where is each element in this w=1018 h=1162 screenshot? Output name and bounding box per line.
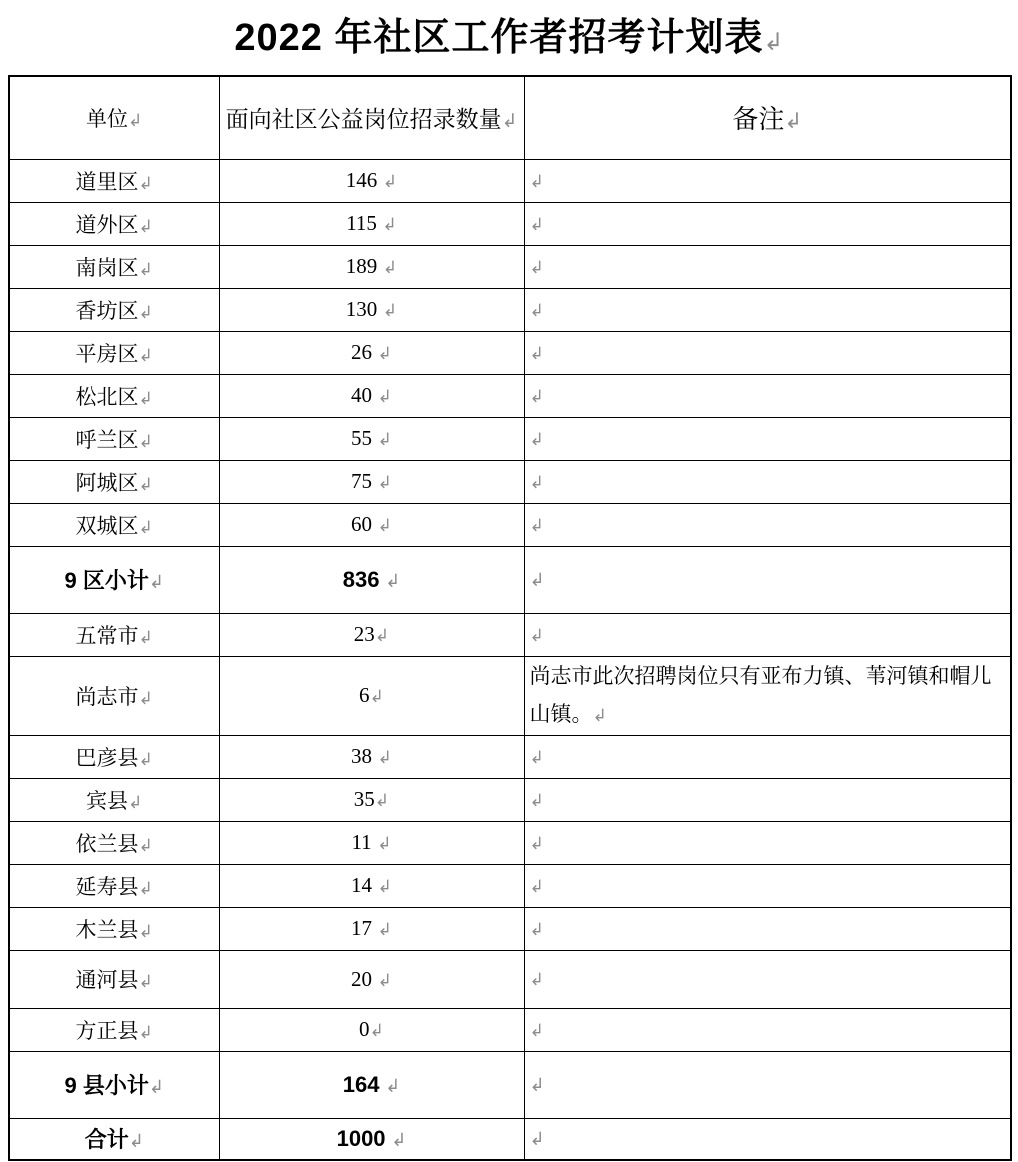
- paragraph-mark-icon: ↲: [372, 473, 392, 493]
- count-cell: 6↲: [219, 656, 524, 735]
- count-value: 38: [351, 744, 372, 768]
- table-row: 双城区↲60 ↲↲: [9, 503, 1011, 546]
- paragraph-mark-icon: ↲: [139, 432, 153, 452]
- paragraph-mark-icon: ↲: [372, 748, 392, 768]
- count-value: 35: [354, 787, 375, 811]
- table-row: 道里区↲146 ↲↲: [9, 159, 1011, 202]
- count-value: 26: [351, 340, 372, 364]
- count-value: 75: [351, 469, 372, 493]
- unit-cell: 9 区小计↲: [9, 546, 219, 613]
- header-cell-remark: 备注↲: [524, 76, 1011, 159]
- unit-label: 呼兰区: [76, 428, 139, 452]
- remark-cell: ↲: [524, 864, 1011, 907]
- count-value: 146: [346, 168, 378, 192]
- count-cell: 40 ↲: [219, 374, 524, 417]
- table-row: 9 县小计↲164 ↲↲: [9, 1051, 1011, 1118]
- count-cell: 75 ↲: [219, 460, 524, 503]
- count-cell: 60 ↲: [219, 503, 524, 546]
- paragraph-mark-icon: ↲: [379, 571, 400, 592]
- paragraph-mark-icon: ↲: [372, 834, 392, 854]
- count-value: 14: [351, 873, 372, 897]
- remark-cell: ↲: [524, 245, 1011, 288]
- unit-cell: 平房区↲: [9, 331, 219, 374]
- paragraph-mark-icon: ↲: [370, 1021, 384, 1041]
- count-cell: 164 ↲: [219, 1051, 524, 1118]
- count-cell: 115 ↲: [219, 202, 524, 245]
- remark-cell: ↲: [524, 202, 1011, 245]
- paragraph-mark-icon: ↲: [530, 920, 544, 940]
- document-page: 2022 年社区工作者招考计划表↲ 单位↲ 面向社区公益岗位招录数量↲ 备注↲ …: [0, 8, 1018, 1162]
- table-row: 呼兰区↲55 ↲↲: [9, 417, 1011, 460]
- paragraph-mark-icon: ↲: [530, 1021, 544, 1041]
- unit-cell: 延寿县↲: [9, 864, 219, 907]
- remark-cell: ↲: [524, 907, 1011, 950]
- paragraph-mark-icon: ↲: [784, 109, 802, 134]
- unit-label: 五常市: [76, 624, 139, 648]
- table-row: 依兰县↲11 ↲↲: [9, 821, 1011, 864]
- remark-cell: ↲: [524, 546, 1011, 613]
- paragraph-mark-icon: ↲: [139, 628, 153, 648]
- paragraph-mark-icon: ↲: [139, 389, 153, 409]
- unit-label: 巴彦县: [76, 746, 139, 770]
- count-value: 20: [351, 967, 372, 991]
- count-value: 115: [346, 211, 377, 235]
- paragraph-mark-icon: ↲: [530, 301, 544, 321]
- count-value: 11: [351, 830, 371, 854]
- paragraph-mark-icon: ↲: [372, 877, 392, 897]
- paragraph-mark-icon: ↲: [372, 971, 392, 991]
- count-value: 189: [346, 254, 378, 278]
- paragraph-mark-icon: ↲: [139, 1023, 153, 1043]
- count-cell: 1000 ↲: [219, 1118, 524, 1160]
- table-row: 合计↲1000 ↲↲: [9, 1118, 1011, 1160]
- remark-cell: ↲: [524, 821, 1011, 864]
- remark-cell: ↲: [524, 503, 1011, 546]
- unit-cell: 木兰县↲: [9, 907, 219, 950]
- remark-cell: ↲: [524, 417, 1011, 460]
- count-value: 17: [351, 916, 372, 940]
- paragraph-mark-icon: ↲: [379, 1076, 400, 1097]
- unit-label: 延寿县: [76, 875, 139, 899]
- table-row: 延寿县↲14 ↲↲: [9, 864, 1011, 907]
- paragraph-mark-icon: ↲: [530, 473, 544, 493]
- table-row: 尚志市↲6↲尚志市此次招聘岗位只有亚布力镇、苇河镇和帽儿山镇。↲: [9, 656, 1011, 735]
- paragraph-mark-icon: ↲: [139, 879, 153, 899]
- count-cell: 23↲: [219, 613, 524, 656]
- paragraph-mark-icon: ↲: [530, 215, 544, 235]
- header-label-count: 面向社区公益岗位招录数量: [226, 107, 502, 132]
- paragraph-mark-icon: ↲: [530, 172, 544, 192]
- count-value: 0: [359, 1017, 370, 1041]
- unit-label: 香坊区: [76, 299, 139, 323]
- table-row: 五常市↲23↲↲: [9, 613, 1011, 656]
- count-value: 55: [351, 426, 372, 450]
- paragraph-mark-icon: ↲: [530, 877, 544, 897]
- paragraph-mark-icon: ↲: [128, 793, 142, 813]
- document-title: 2022 年社区工作者招考计划表↲: [0, 8, 1018, 72]
- count-value: 836: [343, 567, 380, 592]
- unit-cell: 双城区↲: [9, 503, 219, 546]
- count-value: 40: [351, 383, 372, 407]
- unit-label: 合计: [85, 1127, 129, 1152]
- unit-cell: 巴彦县↲: [9, 735, 219, 778]
- count-cell: 38 ↲: [219, 735, 524, 778]
- paragraph-mark-icon: ↲: [372, 344, 392, 364]
- paragraph-mark-icon: ↲: [370, 687, 384, 707]
- count-value: 60: [351, 512, 372, 536]
- paragraph-mark-icon: ↲: [372, 430, 392, 450]
- unit-label: 宾县: [86, 789, 128, 813]
- unit-cell: 香坊区↲: [9, 288, 219, 331]
- unit-cell: 阿城区↲: [9, 460, 219, 503]
- paragraph-mark-icon: ↲: [377, 172, 397, 192]
- recruitment-plan-table: 单位↲ 面向社区公益岗位招录数量↲ 备注↲ 道里区↲146 ↲↲道外区↲115 …: [8, 75, 1012, 1161]
- table-row: 南岗区↲189 ↲↲: [9, 245, 1011, 288]
- unit-cell: 松北区↲: [9, 374, 219, 417]
- unit-cell: 宾县↲: [9, 778, 219, 821]
- paragraph-mark-icon: ↲: [530, 748, 544, 768]
- table-row: 宾县↲35↲↲: [9, 778, 1011, 821]
- count-value: 23: [354, 622, 375, 646]
- paragraph-mark-icon: ↲: [593, 706, 607, 726]
- count-cell: 836 ↲: [219, 546, 524, 613]
- unit-label: 依兰县: [76, 832, 139, 856]
- count-cell: 20 ↲: [219, 950, 524, 1008]
- unit-cell: 南岗区↲: [9, 245, 219, 288]
- unit-cell: 9 县小计↲: [9, 1051, 219, 1118]
- count-cell: 35↲: [219, 778, 524, 821]
- unit-label: 平房区: [76, 342, 139, 366]
- paragraph-mark-icon: ↲: [129, 1131, 144, 1152]
- title-text: 2022 年社区工作者招考计划表: [234, 17, 763, 59]
- table-row: 方正县↲0↲↲: [9, 1008, 1011, 1051]
- paragraph-mark-icon: ↲: [139, 475, 153, 495]
- remark-cell: ↲: [524, 159, 1011, 202]
- remark-cell: ↲: [524, 613, 1011, 656]
- unit-cell: 合计↲: [9, 1118, 219, 1160]
- paragraph-mark-icon: ↲: [139, 217, 153, 237]
- paragraph-mark-icon: ↲: [139, 750, 153, 770]
- paragraph-mark-icon: ↲: [530, 344, 544, 364]
- paragraph-mark-icon: ↲: [139, 689, 153, 709]
- count-cell: 130 ↲: [219, 288, 524, 331]
- count-value: 1000: [337, 1126, 386, 1151]
- paragraph-mark-icon: ↲: [372, 920, 392, 940]
- paragraph-mark-icon: ↲: [139, 174, 153, 194]
- paragraph-mark-icon: ↲: [377, 215, 397, 235]
- unit-cell: 道外区↲: [9, 202, 219, 245]
- paragraph-mark-icon: ↲: [530, 791, 544, 811]
- count-cell: 26 ↲: [219, 331, 524, 374]
- paragraph-mark-icon: ↲: [149, 572, 164, 593]
- paragraph-mark-icon: ↲: [530, 1129, 545, 1150]
- count-cell: 146 ↲: [219, 159, 524, 202]
- remark-cell: ↲: [524, 778, 1011, 821]
- count-cell: 17 ↲: [219, 907, 524, 950]
- paragraph-mark-icon: ↲: [530, 387, 544, 407]
- paragraph-mark-icon: ↲: [530, 970, 544, 990]
- paragraph-mark-icon: ↲: [530, 834, 544, 854]
- paragraph-mark-icon: ↲: [139, 260, 153, 280]
- table-row: 香坊区↲130 ↲↲: [9, 288, 1011, 331]
- count-value: 130: [346, 297, 378, 321]
- paragraph-mark-icon: ↲: [530, 258, 544, 278]
- paragraph-mark-icon: ↲: [128, 111, 142, 131]
- unit-cell: 方正县↲: [9, 1008, 219, 1051]
- unit-cell: 道里区↲: [9, 159, 219, 202]
- paragraph-mark-icon: ↲: [139, 346, 153, 366]
- header-label-remark: 备注: [732, 105, 784, 134]
- count-cell: 14 ↲: [219, 864, 524, 907]
- unit-cell: 尚志市↲: [9, 656, 219, 735]
- paragraph-mark-icon: ↲: [530, 430, 544, 450]
- remark-cell: ↲: [524, 1051, 1011, 1118]
- table-row: 道外区↲115 ↲↲: [9, 202, 1011, 245]
- paragraph-mark-icon: ↲: [530, 570, 545, 591]
- paragraph-mark-icon: ↲: [139, 972, 153, 992]
- paragraph-mark-icon: ↲: [386, 1130, 407, 1151]
- count-cell: 189 ↲: [219, 245, 524, 288]
- remark-cell: ↲: [524, 331, 1011, 374]
- unit-cell: 呼兰区↲: [9, 417, 219, 460]
- unit-label: 通河县: [76, 968, 139, 992]
- paragraph-mark-icon: ↲: [377, 258, 397, 278]
- remark-cell: ↲: [524, 374, 1011, 417]
- header-label-unit: 单位: [86, 107, 128, 131]
- count-cell: 11 ↲: [219, 821, 524, 864]
- count-value: 164: [343, 1072, 380, 1097]
- count-cell: 55 ↲: [219, 417, 524, 460]
- unit-label: 松北区: [76, 385, 139, 409]
- table-row: 木兰县↲17 ↲↲: [9, 907, 1011, 950]
- remark-cell: ↲: [524, 460, 1011, 503]
- count-value: 6: [359, 683, 370, 707]
- unit-label: 双城区: [76, 514, 139, 538]
- header-row: 单位↲ 面向社区公益岗位招录数量↲ 备注↲: [9, 76, 1011, 159]
- paragraph-mark-icon: ↲: [375, 791, 389, 811]
- table-row: 阿城区↲75 ↲↲: [9, 460, 1011, 503]
- paragraph-mark-icon: ↲: [530, 1075, 545, 1096]
- paragraph-mark-icon: ↲: [375, 626, 389, 646]
- paragraph-mark-icon: ↲: [764, 28, 784, 56]
- table-row: 通河县↲20 ↲↲: [9, 950, 1011, 1008]
- unit-label: 南岗区: [76, 256, 139, 280]
- paragraph-mark-icon: ↲: [139, 922, 153, 942]
- paragraph-mark-icon: ↲: [372, 387, 392, 407]
- unit-label: 方正县: [76, 1019, 139, 1043]
- remark-cell: ↲: [524, 950, 1011, 1008]
- unit-label: 木兰县: [76, 918, 139, 942]
- table-row: 松北区↲40 ↲↲: [9, 374, 1011, 417]
- unit-label: 9 县小计: [65, 1073, 149, 1098]
- unit-label: 9 区小计: [65, 568, 149, 593]
- unit-label: 阿城区: [76, 471, 139, 495]
- paragraph-mark-icon: ↲: [530, 626, 544, 646]
- unit-cell: 依兰县↲: [9, 821, 219, 864]
- count-cell: 0↲: [219, 1008, 524, 1051]
- remark-cell: ↲: [524, 1008, 1011, 1051]
- remark-cell: ↲: [524, 1118, 1011, 1160]
- unit-cell: 通河县↲: [9, 950, 219, 1008]
- remark-cell: ↲: [524, 288, 1011, 331]
- unit-label: 道里区: [76, 170, 139, 194]
- table-row: 9 区小计↲836 ↲↲: [9, 546, 1011, 613]
- unit-label: 尚志市: [76, 685, 139, 709]
- paragraph-mark-icon: ↲: [139, 518, 153, 538]
- remark-cell: 尚志市此次招聘岗位只有亚布力镇、苇河镇和帽儿山镇。↲: [524, 656, 1011, 735]
- paragraph-mark-icon: ↲: [530, 516, 544, 536]
- header-cell-count: 面向社区公益岗位招录数量↲: [219, 76, 524, 159]
- paragraph-mark-icon: ↲: [149, 1077, 164, 1098]
- paragraph-mark-icon: ↲: [372, 516, 392, 536]
- paragraph-mark-icon: ↲: [502, 110, 518, 132]
- paragraph-mark-icon: ↲: [139, 303, 153, 323]
- table-row: 巴彦县↲38 ↲↲: [9, 735, 1011, 778]
- header-cell-unit: 单位↲: [9, 76, 219, 159]
- unit-cell: 五常市↲: [9, 613, 219, 656]
- unit-label: 道外区: [76, 213, 139, 237]
- remark-cell: ↲: [524, 735, 1011, 778]
- paragraph-mark-icon: ↲: [377, 301, 397, 321]
- paragraph-mark-icon: ↲: [139, 836, 153, 856]
- table-row: 平房区↲26 ↲↲: [9, 331, 1011, 374]
